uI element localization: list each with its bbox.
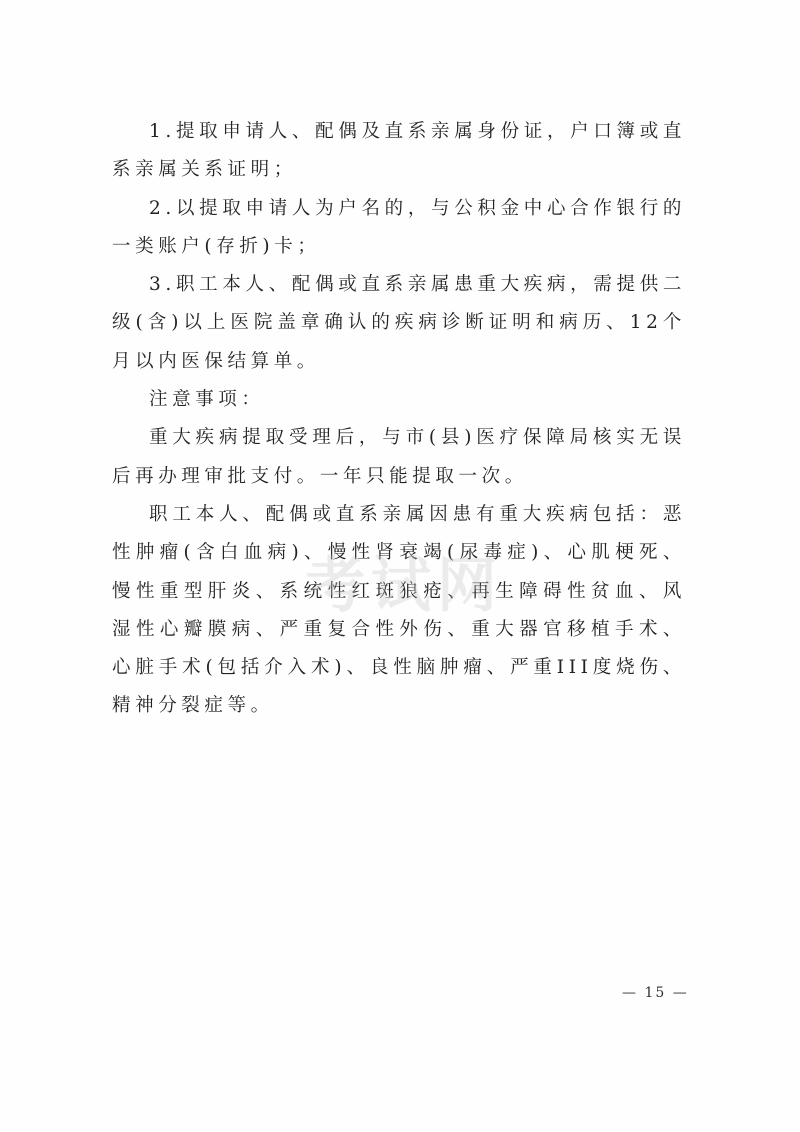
requirement-item-3: 3.职工本人、配偶或直系亲属患重大疾病，需提供二级(含)以上医院盖章确认的疾病诊… [112, 266, 686, 381]
page-number: — 15 — [622, 985, 689, 1001]
notes-paragraph-1: 重大疾病提取受理后，与市(县)医疗保障局核实无误后再办理审批支付。一年只能提取一… [112, 419, 686, 496]
watermark: 考试网 [305, 538, 503, 624]
notes-heading: 注意事项： [112, 381, 686, 419]
document-body: 1.提取申请人、配偶及直系亲属身份证，户口簿或直系亲属关系证明； 2.以提取申请… [112, 113, 686, 726]
document-page: 1.提取申请人、配偶及直系亲属身份证，户口簿或直系亲属关系证明； 2.以提取申请… [0, 0, 800, 1132]
requirement-item-1: 1.提取申请人、配偶及直系亲属身份证，户口簿或直系亲属关系证明； [112, 113, 686, 190]
requirement-item-2: 2.以提取申请人为户名的，与公积金中心合作银行的一类账户(存折)卡； [112, 190, 686, 267]
